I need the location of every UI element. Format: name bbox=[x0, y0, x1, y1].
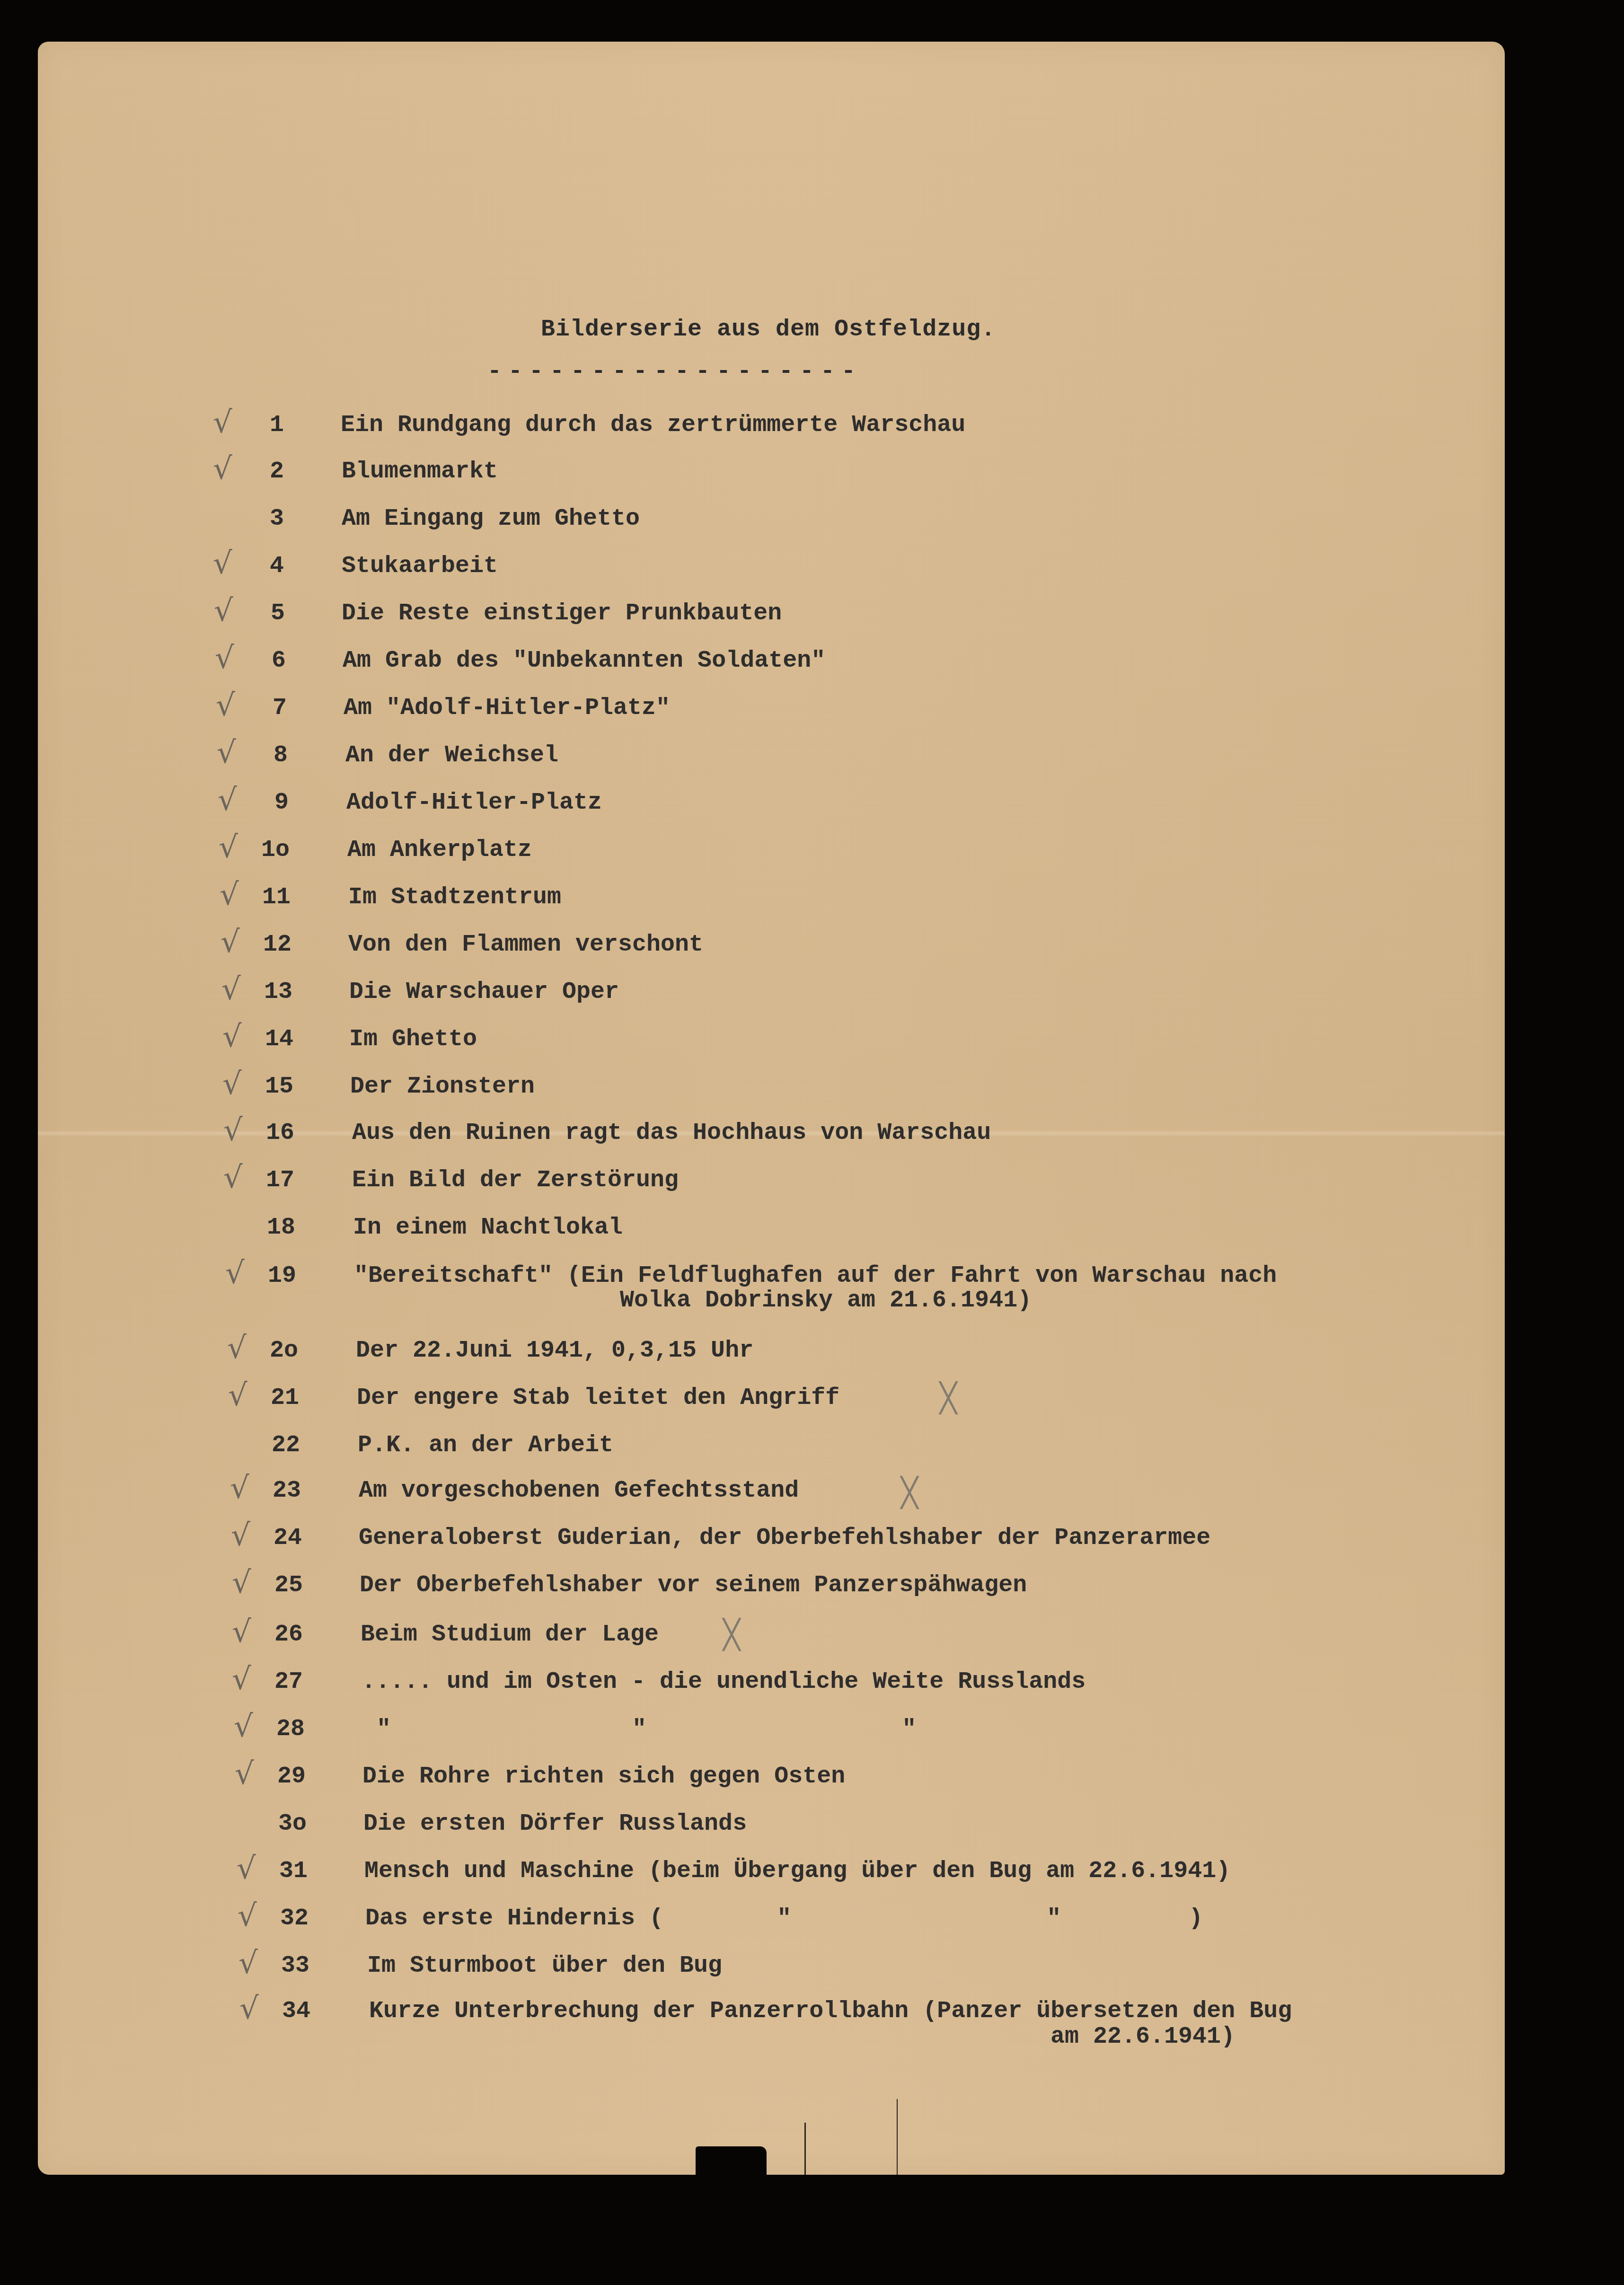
item-number: 1 bbox=[232, 412, 284, 439]
list-item: √9Adolf-Hitler-Platz bbox=[0, 789, 1624, 818]
item-number: 6 bbox=[234, 647, 286, 675]
list-item: √1Ein Rundgang durch das zertrümmerte Wa… bbox=[0, 412, 1624, 440]
item-number: 12 bbox=[239, 931, 291, 959]
list-item: √27..... und im Osten - die unendliche W… bbox=[0, 1668, 1624, 1697]
item-caption: Ein Bild der Zerstörung bbox=[352, 1167, 679, 1194]
item-number: 14 bbox=[241, 1026, 293, 1053]
checkmark-icon: √ bbox=[232, 1618, 251, 1646]
list-item: √8An der Weichsel bbox=[0, 742, 1624, 770]
list-item: √24Generaloberst Guderian, der Oberbefeh… bbox=[0, 1525, 1624, 1553]
item-number: 5 bbox=[233, 600, 285, 627]
item-number: 33 bbox=[257, 1952, 309, 1980]
checkmark-icon: √ bbox=[232, 1569, 251, 1597]
item-caption: Von den Flammen verschont bbox=[348, 931, 703, 959]
list-item: √5Die Reste einstiger Prunkbauten bbox=[0, 600, 1624, 628]
item-caption: Kurze Unterbrechung der Panzerrollbahn (… bbox=[369, 1998, 1292, 2025]
list-item: √32Das erste Hindernis ( " " ) bbox=[0, 1905, 1624, 1933]
list-item: √29Die Rohre richten sich gegen Osten bbox=[0, 1763, 1624, 1791]
checkmark-icon: √ bbox=[238, 1950, 258, 1977]
list-item: √15Der Zionstern bbox=[0, 1073, 1624, 1102]
list-item: √19"Bereitschaft" (Ein Feldflughafen auf… bbox=[0, 1262, 1624, 1291]
checkmark-icon: √ bbox=[227, 1334, 247, 1362]
checkmark-icon: √ bbox=[237, 1855, 256, 1882]
item-caption: Blumenmarkt bbox=[342, 458, 498, 485]
item-caption: Am Eingang zum Ghetto bbox=[342, 505, 640, 533]
item-caption: " " " bbox=[362, 1716, 916, 1743]
item-number: 18 bbox=[243, 1214, 295, 1242]
item-caption: Generaloberst Guderian, der Oberbefehlsh… bbox=[359, 1525, 1210, 1552]
item-caption: Am Grab des "Unbekannten Soldaten" bbox=[343, 647, 825, 675]
list-item: √26Beim Studium der Lage bbox=[0, 1621, 1624, 1650]
list-item: √13Die Warschauer Oper bbox=[0, 979, 1624, 1007]
list-item: √2Blumenmarkt bbox=[0, 458, 1624, 486]
item-number: 1o bbox=[238, 837, 290, 864]
item-number: 24 bbox=[250, 1525, 302, 1552]
list-item: √12Von den Flammen verschont bbox=[0, 931, 1624, 960]
checkmark-icon: √ bbox=[214, 597, 233, 625]
item-caption: Die Reste einstiger Prunkbauten bbox=[342, 600, 782, 627]
list-item: √34Kurze Unterbrechung der Panzerrollbah… bbox=[0, 1998, 1624, 2026]
checkmark-icon: √ bbox=[228, 1382, 247, 1409]
item-number: 32 bbox=[256, 1905, 309, 1932]
checkmark-icon: √ bbox=[216, 692, 235, 719]
pencil-cross-icon: ╳ bbox=[723, 1618, 740, 1651]
item-number: 9 bbox=[237, 789, 289, 817]
item-number: 28 bbox=[253, 1716, 305, 1743]
list-item: √17Ein Bild der Zerstörung bbox=[0, 1167, 1624, 1195]
item-number: 3 bbox=[232, 505, 284, 533]
checkmark-icon: √ bbox=[230, 1474, 249, 1502]
pencil-cross-icon: ╳ bbox=[940, 1382, 957, 1415]
item-number: 3o bbox=[255, 1810, 307, 1838]
item-number: 7 bbox=[235, 695, 287, 722]
item-caption: Die Rohre richten sich gegen Osten bbox=[362, 1763, 845, 1791]
checkmark-icon: √ bbox=[225, 1260, 245, 1287]
item-number: 26 bbox=[251, 1621, 303, 1649]
checkmark-icon: √ bbox=[221, 928, 240, 956]
item-number: 23 bbox=[249, 1477, 301, 1505]
item-caption: Am Ankerplatz bbox=[347, 837, 532, 864]
checkmark-icon: √ bbox=[213, 455, 232, 483]
item-number: 19 bbox=[244, 1262, 296, 1290]
checkmark-icon: √ bbox=[222, 1023, 242, 1050]
list-item: √25Der Oberbefehlshaber vor seinem Panze… bbox=[0, 1572, 1624, 1600]
list-item: √4Stukaarbeit bbox=[0, 553, 1624, 581]
item-number: 17 bbox=[242, 1167, 294, 1194]
item-caption: Im Ghetto bbox=[349, 1026, 477, 1053]
item-number: 4 bbox=[232, 553, 284, 580]
item-number: 13 bbox=[240, 979, 292, 1006]
item-number: 8 bbox=[236, 742, 288, 769]
list-item: √33Im Sturmboot über den Bug bbox=[0, 1952, 1624, 1981]
item-caption: Im Sturmboot über den Bug bbox=[367, 1952, 722, 1980]
item-caption: Das erste Hindernis ( " " ) bbox=[365, 1905, 1203, 1932]
checkmark-icon: √ bbox=[239, 1995, 259, 2022]
item-caption: Stukaarbeit bbox=[342, 553, 498, 580]
checkmark-icon: √ bbox=[217, 739, 236, 767]
picture-series-list: √1Ein Rundgang durch das zertrümmerte Wa… bbox=[0, 0, 1624, 2285]
item-number: 31 bbox=[256, 1858, 308, 1885]
list-item: √31Mensch und Maschine (beim Übergang üb… bbox=[0, 1858, 1624, 1886]
item-caption: Aus den Ruinen ragt das Hochhaus von War… bbox=[352, 1120, 991, 1147]
item-caption: Im Stadtzentrum bbox=[348, 884, 561, 911]
list-item: √23Am vorgeschobenen Gefechtsstand bbox=[0, 1477, 1624, 1506]
list-item: √6Am Grab des "Unbekannten Soldaten" bbox=[0, 647, 1624, 676]
item-caption: Die Warschauer Oper bbox=[349, 979, 619, 1006]
item-caption: Der 22.Juni 1941, 0,3,15 Uhr bbox=[356, 1337, 753, 1365]
checkmark-icon: √ bbox=[222, 1070, 242, 1098]
checkmark-icon: √ bbox=[215, 644, 234, 672]
item-number: 2o bbox=[246, 1337, 298, 1365]
item-caption: An der Weichsel bbox=[345, 742, 558, 769]
item-caption: Adolf-Hitler-Platz bbox=[346, 789, 602, 817]
checkmark-icon: √ bbox=[218, 786, 237, 814]
item-caption: Der Oberbefehlshaber vor seinem Panzersp… bbox=[360, 1572, 1027, 1599]
list-item: √16Aus den Ruinen ragt das Hochhaus von … bbox=[0, 1120, 1624, 1148]
checkmark-icon: √ bbox=[223, 1164, 243, 1191]
checkmark-icon: √ bbox=[220, 881, 239, 909]
item-number: 2 bbox=[232, 458, 284, 485]
list-item: 22P.K. an der Arbeit bbox=[0, 1432, 1624, 1460]
item-caption: "Bereitschaft" (Ein Feldflughafen auf de… bbox=[354, 1262, 1277, 1290]
item-caption: ..... und im Osten - die unendliche Weit… bbox=[362, 1668, 1086, 1696]
item-caption: Am vorgeschobenen Gefechtsstand bbox=[359, 1477, 799, 1505]
item-number: 25 bbox=[251, 1572, 303, 1599]
pencil-cross-icon: ╳ bbox=[901, 1476, 918, 1509]
checkmark-icon: √ bbox=[235, 1760, 254, 1788]
checkmark-icon: √ bbox=[213, 550, 232, 577]
item-number: 11 bbox=[238, 884, 291, 911]
item-number: 15 bbox=[241, 1073, 293, 1101]
item-caption-continuation: Wolka Dobrinsky am 21.6.1941) bbox=[620, 1287, 1032, 1315]
item-number: 34 bbox=[258, 1998, 310, 2025]
checkmark-icon: √ bbox=[219, 834, 238, 861]
list-item: 18In einem Nachtlokal bbox=[0, 1214, 1624, 1243]
item-caption: Beim Studium der Lage bbox=[361, 1621, 659, 1649]
list-item: 3Am Eingang zum Ghetto bbox=[0, 505, 1624, 534]
list-item: √21Der engere Stab leitet den Angriff bbox=[0, 1385, 1624, 1413]
item-caption: P.K. an der Arbeit bbox=[358, 1432, 613, 1459]
item-caption: Die ersten Dörfer Russlands bbox=[363, 1810, 747, 1838]
item-number: 22 bbox=[248, 1432, 300, 1459]
list-item: √2oDer 22.Juni 1941, 0,3,15 Uhr bbox=[0, 1337, 1624, 1366]
item-number: 21 bbox=[247, 1385, 299, 1412]
list-item: √11Im Stadtzentrum bbox=[0, 884, 1624, 912]
item-caption-continuation: am 22.6.1941) bbox=[1050, 2023, 1235, 2051]
item-number: 16 bbox=[242, 1120, 294, 1147]
list-item: √7Am "Adolf-Hitler-Platz" bbox=[0, 695, 1624, 723]
list-item: √14Im Ghetto bbox=[0, 1026, 1624, 1054]
item-number: 29 bbox=[254, 1763, 306, 1791]
item-caption: In einem Nachtlokal bbox=[353, 1214, 623, 1242]
item-caption: Der Zionstern bbox=[350, 1073, 535, 1101]
item-caption: Der engere Stab leitet den Angriff bbox=[357, 1385, 839, 1412]
item-caption: Mensch und Maschine (beim Übergang über … bbox=[364, 1858, 1230, 1885]
checkmark-icon: √ bbox=[223, 1117, 243, 1144]
list-item: 3oDie ersten Dörfer Russlands bbox=[0, 1810, 1624, 1839]
checkmark-icon: √ bbox=[238, 1902, 257, 1930]
list-item: √28 " " " bbox=[0, 1716, 1624, 1744]
list-item: √1oAm Ankerplatz bbox=[0, 837, 1624, 865]
item-number: 27 bbox=[251, 1668, 303, 1696]
checkmark-icon: √ bbox=[221, 976, 241, 1003]
checkmark-icon: √ bbox=[234, 1713, 253, 1740]
checkmark-icon: √ bbox=[232, 1666, 251, 1693]
checkmark-icon: √ bbox=[213, 409, 232, 436]
item-caption: Ein Rundgang durch das zertrümmerte Wars… bbox=[341, 412, 965, 439]
item-caption: Am "Adolf-Hitler-Platz" bbox=[344, 695, 670, 722]
checkmark-icon: √ bbox=[231, 1522, 250, 1549]
